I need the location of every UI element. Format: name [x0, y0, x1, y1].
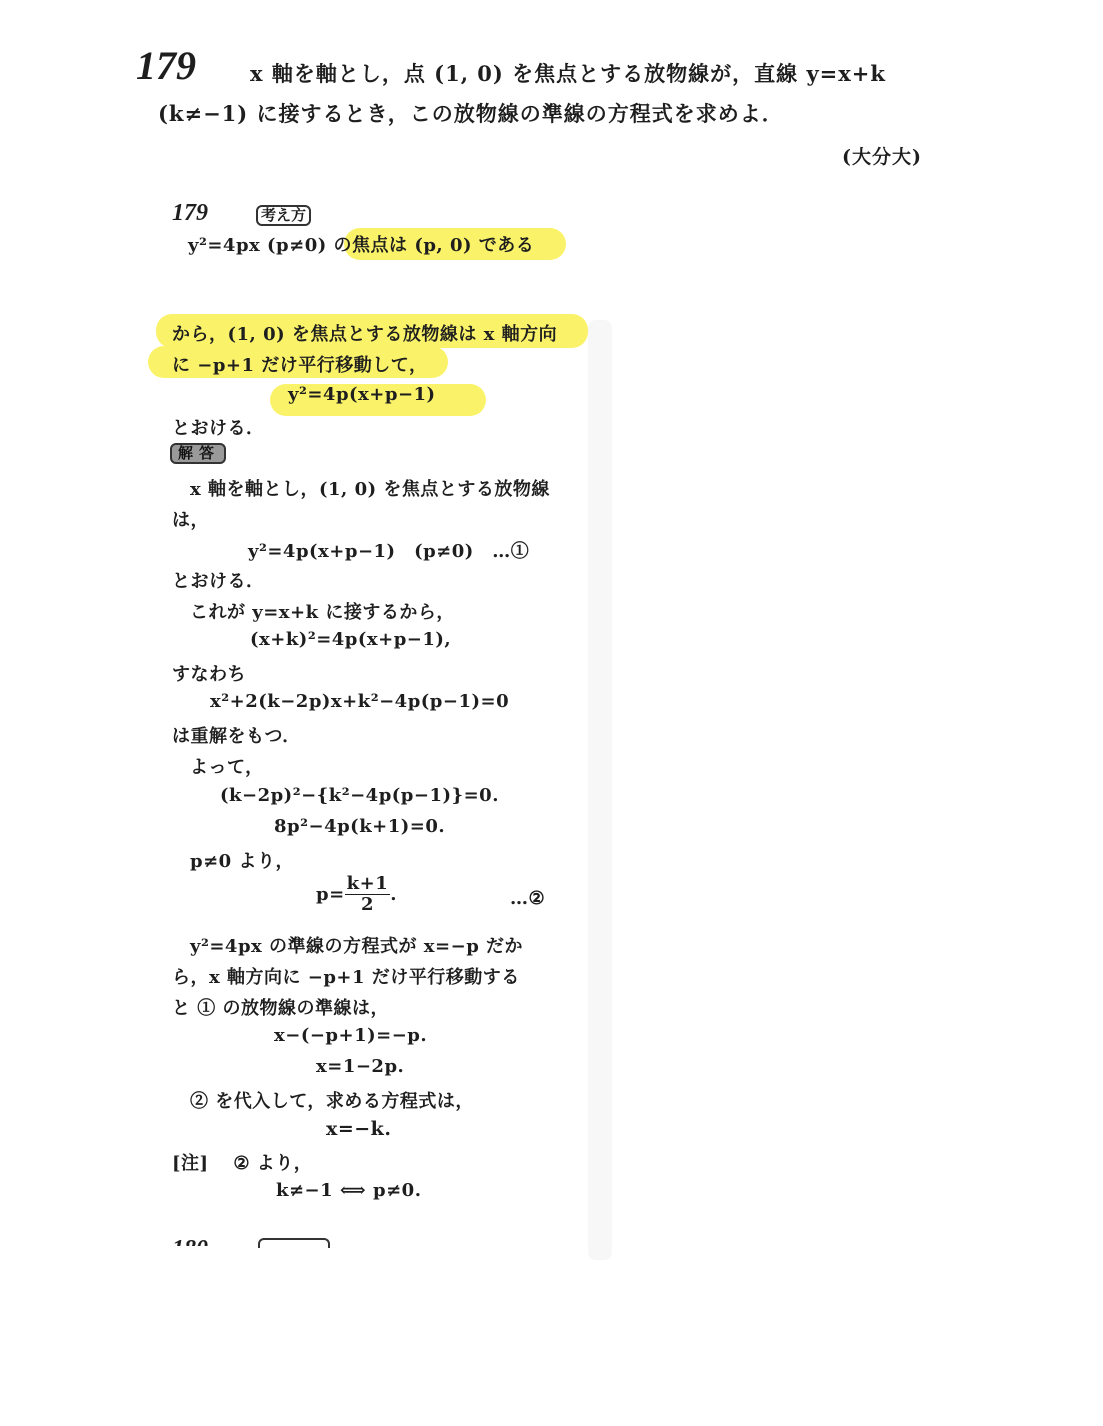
solution-line-17: と ① の放物線の準線は， [172, 994, 389, 1020]
solution-line-10: よって， [190, 753, 264, 779]
solution-equation-simplified: 8p²−4p(k+1)=0. [274, 816, 445, 837]
approach-line-1-highlighted: の焦点は (p, 0) である [334, 235, 535, 256]
next-problem-number-cutoff: 180 [172, 1238, 222, 1246]
fraction: k+12 [345, 874, 391, 915]
solution-line-13: p≠0 より， [190, 847, 294, 873]
problem-text-line-2: (k≠−1) に接するとき，この放物線の準線の方程式を求めよ． [158, 98, 784, 128]
solution-number: 179 [172, 200, 208, 227]
answer-badge: 解答 [170, 443, 226, 464]
approach-badge-label: 考え方 [256, 205, 311, 226]
solution-line-4: とおける． [172, 567, 265, 593]
solution-equation-directrix: x−(−p+1)=−p. [274, 1025, 427, 1046]
note-label: [注] [172, 1153, 209, 1174]
fraction-numerator: k+1 [345, 874, 391, 895]
approach-line-2: から，(1, 0) を焦点とする放物線は x 軸方向 [172, 320, 557, 346]
note-line: [注] ② より， [172, 1149, 312, 1175]
solution-line-20: ② を代入して，求める方程式は， [190, 1087, 474, 1113]
final-answer: x=−k. [326, 1118, 391, 1140]
p-equals: p= [316, 884, 345, 905]
solution-line-16: ら，x 軸方向に −p+1 だけ平行移動する [172, 963, 520, 989]
scan-artifact [588, 320, 612, 1260]
approach-badge: 考え方 [256, 205, 311, 226]
solution-equation-quadratic: x²+2(k−2p)x+k²−4p(p−1)=0 [210, 691, 509, 712]
approach-line-3: に −p+1 だけ平行移動して， [172, 351, 427, 377]
solution-equation-x: x=1−2p. [316, 1056, 404, 1077]
next-approach-badge-cutoff [258, 1238, 330, 1248]
solution-line-9: は重解をもつ． [172, 722, 301, 748]
note-text: ② より， [233, 1153, 312, 1174]
solution-line-15: y²=4px の準線の方程式が x=−p だか [190, 932, 523, 958]
solution-line-7: すなわち [172, 660, 246, 686]
solution-line-1: x 軸を軸とし，(1, 0) を焦点とする放物線 [190, 475, 550, 501]
solution-equation-1: y²=4p(x+p−1) (p≠0) …① [248, 537, 529, 563]
solution-line-2: は， [172, 506, 209, 532]
problem-number: 179 [136, 42, 196, 89]
solution-line-5: これが y=x+k に接するから， [190, 598, 455, 624]
problem-text-line-1: x 軸を軸とし，点 (1, 0) を焦点とする放物線が，直線 y=x+k [250, 58, 886, 88]
equation-tag-2: …② [510, 888, 545, 909]
approach-line-1-math: y²=4px (p≠0) [188, 235, 327, 256]
approach-line-5: とおける． [172, 414, 265, 440]
approach-line-1: y²=4px (p≠0) の焦点は (p, 0) である [188, 231, 534, 257]
solution-equation-tangent: (x+k)²=4p(x+p−1), [250, 629, 451, 650]
solution-equation-discriminant: (k−2p)²−{k²−4p(p−1)}=0. [220, 785, 499, 806]
approach-equation: y²=4p(x+p−1) [288, 384, 436, 405]
problem-source: (大分大) [842, 142, 922, 169]
note-equivalence: k≠−1 ⟺ p≠0. [276, 1180, 421, 1201]
fraction-denominator: 2 [345, 895, 391, 915]
answer-badge-label: 解答 [170, 443, 226, 464]
solution-equation-p: p=k+12. [316, 874, 397, 915]
